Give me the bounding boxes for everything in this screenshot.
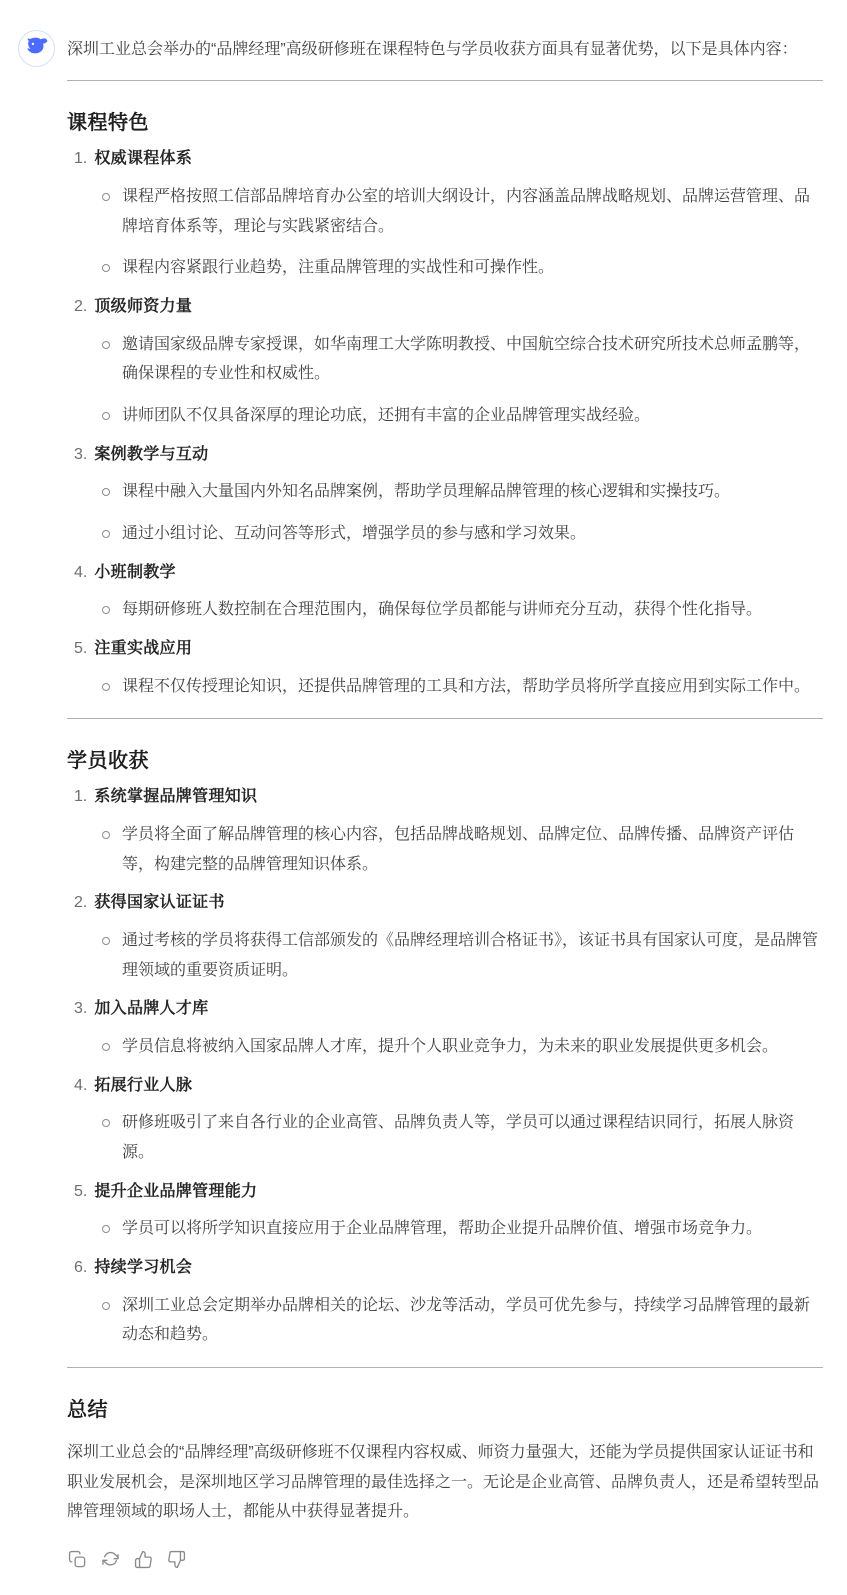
- bullet-text: 通过考核的学员将获得工信部颁发的《品牌经理培训合格证书》，该证书具有国家认可度，…: [122, 926, 823, 985]
- item-title: 案例教学与互动: [94, 446, 208, 463]
- intro-text: 深圳工业总会举办的“品牌经理”高级研修班在课程特色与学员收获方面具有显著优势，以…: [67, 37, 823, 63]
- bullet-text: 深圳工业总会定期举办品牌相关的论坛、沙龙等活动，学员可优先参与，持续学习品牌管理…: [122, 1291, 823, 1350]
- list-item: 5.提升企业品牌管理能力学员可以将所学知识直接应用于企业品牌管理，帮助企业提升品…: [67, 1180, 823, 1244]
- list-item: 1.系统掌握品牌管理知识学员将全面了解品牌管理的核心内容，包括品牌战略规划、品牌…: [67, 785, 823, 879]
- bullet-text: 讲师团队不仅具备深厚的理论功底，还拥有丰富的企业品牌管理实战经验。: [122, 401, 823, 431]
- item-number: 5.: [74, 1183, 87, 1200]
- thumbs-up-icon: [134, 1550, 153, 1572]
- thumbs-down-button[interactable]: [166, 1551, 186, 1571]
- bullet-text: 课程严格按照工信部品牌培育办公室的培训大纲设计，内容涵盖品牌战略规划、品牌运营管…: [122, 182, 823, 241]
- bullet-list: 学员信息将被纳入国家品牌人才库，提升个人职业竞争力，为未来的职业发展提供更多机会…: [67, 1032, 823, 1062]
- item-title-row: 6.持续学习机会: [67, 1256, 823, 1281]
- section-divider: [67, 1367, 823, 1368]
- thumbs-up-button[interactable]: [133, 1551, 153, 1571]
- bullet-list: 学员将全面了解品牌管理的核心内容，包括品牌战略规划、品牌定位、品牌传播、品牌资产…: [67, 820, 823, 879]
- list-item: 4.拓展行业人脉研修班吸引了来自各行业的企业高管、品牌负责人等，学员可以通过课程…: [67, 1074, 823, 1168]
- item-title-row: 4.拓展行业人脉: [67, 1074, 823, 1099]
- assistant-message: 深圳工业总会举办的“品牌经理”高级研修班在课程特色与学员收获方面具有显著优势，以…: [0, 0, 847, 1595]
- thumbs-down-icon: [167, 1550, 186, 1572]
- item-title-row: 3.加入品牌人才库: [67, 997, 823, 1022]
- bullet-list: 课程中融入大量国内外知名品牌案例，帮助学员理解品牌管理的核心逻辑和实操技巧。通过…: [67, 477, 823, 548]
- bullet-list: 课程严格按照工信部品牌培育办公室的培训大纲设计，内容涵盖品牌战略规划、品牌运营管…: [67, 182, 823, 283]
- bullet-list: 学员可以将所学知识直接应用于企业品牌管理，帮助企业提升品牌价值、增强市场竞争力。: [67, 1214, 823, 1244]
- bullet-text: 课程内容紧跟行业趋势，注重品牌管理的实战性和可操作性。: [122, 253, 823, 283]
- item-title: 获得国家认证证书: [94, 894, 224, 911]
- list-item: 2.顶级师资力量邀请国家级品牌专家授课，如华南理工大学陈明教授、中国航空综合技术…: [67, 295, 823, 431]
- item-title: 拓展行业人脉: [94, 1077, 192, 1094]
- bullet-text: 课程中融入大量国内外知名品牌案例，帮助学员理解品牌管理的核心逻辑和实操技巧。: [122, 477, 823, 507]
- section-heading: 总结: [67, 1393, 823, 1422]
- item-title-row: 4.小班制教学: [67, 561, 823, 586]
- item-title: 顶级师资力量: [94, 298, 192, 315]
- list-item: 1.权威课程体系课程严格按照工信部品牌培育办公室的培训大纲设计，内容涵盖品牌战略…: [67, 147, 823, 283]
- bullet-list: 邀请国家级品牌专家授课，如华南理工大学陈明教授、中国航空综合技术研究所技术总师孟…: [67, 330, 823, 431]
- bullet-text: 每期研修班人数控制在合理范围内，确保每位学员都能与讲师充分互动，获得个性化指导。: [122, 595, 823, 625]
- list-item: 2.获得国家认证证书通过考核的学员将获得工信部颁发的《品牌经理培训合格证书》，该…: [67, 891, 823, 985]
- item-title: 注重实战应用: [94, 640, 192, 657]
- copy-button[interactable]: [67, 1551, 87, 1571]
- assistant-avatar: [18, 30, 55, 67]
- deepseek-whale-icon: [24, 33, 50, 64]
- section-divider: [67, 80, 823, 81]
- regenerate-button[interactable]: [100, 1551, 120, 1571]
- item-title-row: 5.提升企业品牌管理能力: [67, 1180, 823, 1205]
- bullet-list: 每期研修班人数控制在合理范围内，确保每位学员都能与讲师充分互动，获得个性化指导。: [67, 595, 823, 625]
- bullet-text: 学员可以将所学知识直接应用于企业品牌管理，帮助企业提升品牌价值、增强市场竞争力。: [122, 1214, 823, 1244]
- item-title-row: 5.注重实战应用: [67, 637, 823, 662]
- item-number: 1.: [74, 788, 87, 805]
- item-title: 小班制教学: [94, 564, 176, 581]
- section-heading: 学员收获: [67, 744, 823, 773]
- item-title: 权威课程体系: [94, 150, 192, 167]
- bullet-list: 通过考核的学员将获得工信部颁发的《品牌经理培训合格证书》，该证书具有国家认可度，…: [67, 926, 823, 985]
- bullet-text: 研修班吸引了来自各行业的企业高管、品牌负责人等，学员可以通过课程结识同行，拓展人…: [122, 1108, 823, 1167]
- bullet-text: 课程不仅传授理论知识，还提供品牌管理的工具和方法，帮助学员将所学直接应用到实际工…: [122, 672, 823, 702]
- section-heading: 课程特色: [67, 106, 823, 135]
- message-actions: [67, 1551, 823, 1571]
- bullet-list: 课程不仅传授理论知识，还提供品牌管理的工具和方法，帮助学员将所学直接应用到实际工…: [67, 672, 823, 702]
- bullet-list: 研修班吸引了来自各行业的企业高管、品牌负责人等，学员可以通过课程结识同行，拓展人…: [67, 1108, 823, 1167]
- response-sections: 课程特色1.权威课程体系课程严格按照工信部品牌培育办公室的培训大纲设计，内容涵盖…: [67, 80, 823, 1526]
- item-title-row: 2.获得国家认证证书: [67, 891, 823, 916]
- bullet-text: 学员将全面了解品牌管理的核心内容，包括品牌战略规划、品牌定位、品牌传播、品牌资产…: [122, 820, 823, 879]
- bullet-text: 学员信息将被纳入国家品牌人才库，提升个人职业竞争力，为未来的职业发展提供更多机会…: [122, 1032, 823, 1062]
- item-title-row: 2.顶级师资力量: [67, 295, 823, 320]
- item-title-row: 1.权威课程体系: [67, 147, 823, 172]
- numbered-list: 1.权威课程体系课程严格按照工信部品牌培育办公室的培训大纲设计，内容涵盖品牌战略…: [67, 147, 823, 701]
- item-number: 3.: [74, 446, 87, 463]
- content-section: 学员收获1.系统掌握品牌管理知识学员将全面了解品牌管理的核心内容，包括品牌战略规…: [67, 718, 823, 1350]
- item-number: 1.: [74, 150, 87, 167]
- list-item: 3.案例教学与互动课程中融入大量国内外知名品牌案例，帮助学员理解品牌管理的核心逻…: [67, 443, 823, 549]
- item-number: 6.: [74, 1259, 87, 1276]
- regenerate-icon: [101, 1550, 120, 1572]
- item-number: 2.: [74, 298, 87, 315]
- content-section: 课程特色1.权威课程体系课程严格按照工信部品牌培育办公室的培训大纲设计，内容涵盖…: [67, 80, 823, 701]
- item-title: 加入品牌人才库: [94, 1000, 208, 1017]
- list-item: 5.注重实战应用课程不仅传授理论知识，还提供品牌管理的工具和方法，帮助学员将所学…: [67, 637, 823, 701]
- section-divider: [67, 718, 823, 719]
- item-title: 系统掌握品牌管理知识: [94, 788, 257, 805]
- list-item: 3.加入品牌人才库学员信息将被纳入国家品牌人才库，提升个人职业竞争力，为未来的职…: [67, 997, 823, 1061]
- bullet-text: 通过小组讨论、互动问答等形式，增强学员的参与感和学习效果。: [122, 519, 823, 549]
- item-number: 5.: [74, 640, 87, 657]
- bullet-list: 深圳工业总会定期举办品牌相关的论坛、沙龙等活动，学员可优先参与，持续学习品牌管理…: [67, 1291, 823, 1350]
- item-title-row: 1.系统掌握品牌管理知识: [67, 785, 823, 810]
- item-title-row: 3.案例教学与互动: [67, 443, 823, 468]
- summary-text: 深圳工业总会的“品牌经理”高级研修班不仅课程内容权威、师资力量强大，还能为学员提…: [67, 1438, 823, 1527]
- item-title: 持续学习机会: [94, 1259, 192, 1276]
- item-number: 4.: [74, 1077, 87, 1094]
- item-number: 4.: [74, 564, 87, 581]
- list-item: 6.持续学习机会深圳工业总会定期举办品牌相关的论坛、沙龙等活动，学员可优先参与，…: [67, 1256, 823, 1350]
- item-number: 2.: [74, 894, 87, 911]
- list-item: 4.小班制教学每期研修班人数控制在合理范围内，确保每位学员都能与讲师充分互动，获…: [67, 561, 823, 625]
- assistant-response: 深圳工业总会举办的“品牌经理”高级研修班在课程特色与学员收获方面具有显著优势，以…: [67, 30, 823, 1571]
- item-title: 提升企业品牌管理能力: [94, 1183, 257, 1200]
- copy-icon: [68, 1550, 87, 1572]
- bullet-text: 邀请国家级品牌专家授课，如华南理工大学陈明教授、中国航空综合技术研究所技术总师孟…: [122, 330, 823, 389]
- numbered-list: 1.系统掌握品牌管理知识学员将全面了解品牌管理的核心内容，包括品牌战略规划、品牌…: [67, 785, 823, 1350]
- item-number: 3.: [74, 1000, 87, 1017]
- content-section: 总结深圳工业总会的“品牌经理”高级研修班不仅课程内容权威、师资力量强大，还能为学…: [67, 1367, 823, 1527]
